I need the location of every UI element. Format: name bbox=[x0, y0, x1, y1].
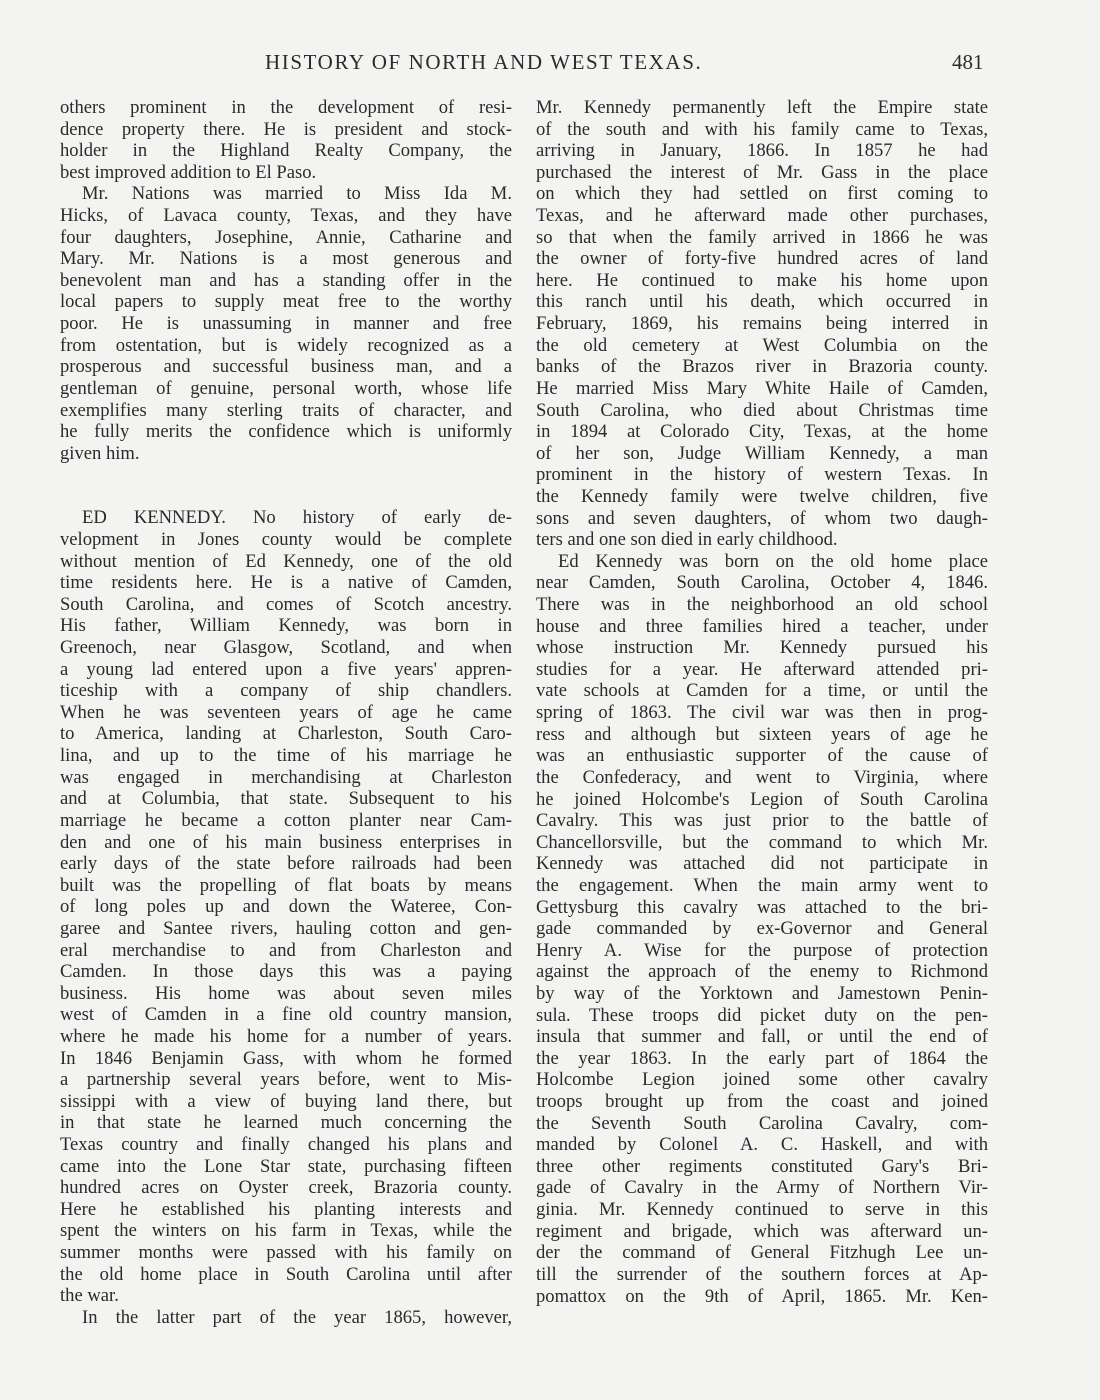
text-line: by way of the Yorktown and Jamestown Pen… bbox=[536, 983, 988, 1005]
text-line: manded by Colonel A. C. Haskell, and wit… bbox=[536, 1134, 988, 1156]
text-line: of the south and with his family came to… bbox=[536, 119, 988, 141]
text-line: In the latter part of the year 1865, how… bbox=[60, 1307, 512, 1329]
text-line: In 1846 Benjamin Gass, with whom he form… bbox=[60, 1048, 512, 1070]
text-line: Mr. Kennedy permanently left the Empire … bbox=[536, 97, 988, 119]
text-line: given him. bbox=[60, 443, 512, 465]
text-line: the war. bbox=[60, 1285, 512, 1307]
text-line: was engaged in merchandising at Charlest… bbox=[60, 767, 512, 789]
text-line: of long poles up and down the Wateree, C… bbox=[60, 896, 512, 918]
text-line: of her son, Judge William Kennedy, a man bbox=[536, 443, 988, 465]
text-line: Ed Kennedy was born on the old home plac… bbox=[536, 551, 988, 573]
text-line: the old home place in South Carolina unt… bbox=[60, 1264, 512, 1286]
text-line: South Carolina, and comes of Scotch ance… bbox=[60, 594, 512, 616]
text-line: came into the Lone Star state, purchasin… bbox=[60, 1156, 512, 1178]
text-line: early days of the state before railroads… bbox=[60, 853, 512, 875]
text-line: ginia. Mr. Kennedy continued to serve in… bbox=[536, 1199, 988, 1221]
text-line: garee and Santee rivers, hauling cotton … bbox=[60, 918, 512, 940]
text-line: gade commanded by ex-Governor and Genera… bbox=[536, 918, 988, 940]
text-line: benevolent man and has a standing offer … bbox=[60, 270, 512, 292]
running-header: HISTORY OF NORTH AND WEST TEXAS. 481 bbox=[0, 50, 1100, 80]
text-line: regiment and brigade, which was afterwar… bbox=[536, 1221, 988, 1243]
text-line: time residents here. He is a native of C… bbox=[60, 572, 512, 594]
text-line: house and three families hired a teacher… bbox=[536, 616, 988, 638]
running-title: HISTORY OF NORTH AND WEST TEXAS. bbox=[265, 50, 702, 75]
text-line: ters and one son died in early childhood… bbox=[536, 529, 988, 551]
text-line: so that when the family arrived in 1866 … bbox=[536, 227, 988, 249]
text-line: gade of Cavalry in the Army of Northern … bbox=[536, 1177, 988, 1199]
text-line: he joined Holcombe's Legion of South Car… bbox=[536, 789, 988, 811]
text-line: banks of the Brazos river in Brazoria co… bbox=[536, 356, 988, 378]
text-line: His father, William Kennedy, was born in bbox=[60, 615, 512, 637]
text-line: was an enthusiastic supporter of the cau… bbox=[536, 745, 988, 767]
text-line: from ostentation, but is widely recogniz… bbox=[60, 335, 512, 357]
text-line: exemplifies many sterling traits of char… bbox=[60, 400, 512, 422]
paragraph-ed-kennedy-intro: ED KENNEDY. No history of early de-velop… bbox=[60, 507, 512, 1307]
text-line: prosperous and successful business man, … bbox=[60, 356, 512, 378]
text-line: sula. These troops did picket duty on th… bbox=[536, 1005, 988, 1027]
text-line: in that state he learned much concerning… bbox=[60, 1112, 512, 1134]
paragraph-nations-property: others prominent in the development of r… bbox=[60, 97, 512, 183]
text-line: the engagement. When the main army went … bbox=[536, 875, 988, 897]
text-line: built was the propelling of flat boats b… bbox=[60, 875, 512, 897]
text-line: summer months were passed with his famil… bbox=[60, 1242, 512, 1264]
text-line: Camden. In those days this was a paying bbox=[60, 961, 512, 983]
text-line: velopment in Jones county would be compl… bbox=[60, 529, 512, 551]
text-line: insula that summer and fall, or until th… bbox=[536, 1026, 988, 1048]
paragraph-move-to-texas: Mr. Kennedy permanently left the Empire … bbox=[536, 97, 988, 551]
text-line: marriage he became a cotton planter near… bbox=[60, 810, 512, 832]
text-line: der the command of General Fitzhugh Lee … bbox=[536, 1242, 988, 1264]
text-line: Kennedy was attached did not participate… bbox=[536, 853, 988, 875]
text-line: ED KENNEDY. No history of early de- bbox=[60, 507, 512, 529]
paragraph-nations-marriage: Mr. Nations was married to Miss Ida M.Hi… bbox=[60, 183, 512, 464]
text-line: he fully merits the confidence which is … bbox=[60, 421, 512, 443]
text-line: a partnership several years before, went… bbox=[60, 1069, 512, 1091]
text-line: whose instruction Mr. Kennedy pursued hi… bbox=[536, 637, 988, 659]
page-number: 481 bbox=[952, 50, 984, 75]
text-line: spent the winters on his farm in Texas, … bbox=[60, 1220, 512, 1242]
text-line: four daughters, Josephine, Annie, Cathar… bbox=[60, 227, 512, 249]
right-column: Mr. Kennedy permanently left the Empire … bbox=[536, 97, 988, 1307]
text-line: There was in the neighborhood an old sch… bbox=[536, 594, 988, 616]
left-column: others prominent in the development of r… bbox=[60, 97, 512, 1329]
text-line: Here he established his planting interes… bbox=[60, 1199, 512, 1221]
text-line: in 1894 at Colorado City, Texas, at the … bbox=[536, 421, 988, 443]
text-line: the owner of forty-five hundred acres of… bbox=[536, 248, 988, 270]
text-line: sons and seven daughters, of whom two da… bbox=[536, 508, 988, 530]
text-line: the Confederacy, and went to Virginia, w… bbox=[536, 767, 988, 789]
text-line: poor. He is unassuming in manner and fre… bbox=[60, 313, 512, 335]
text-line: Cavalry. This was just prior to the batt… bbox=[536, 810, 988, 832]
text-line: holder in the Highland Realty Company, t… bbox=[60, 140, 512, 162]
section-gap bbox=[60, 464, 512, 507]
text-line: near Camden, South Carolina, October 4, … bbox=[536, 572, 988, 594]
text-line: gentleman of genuine, personal worth, wh… bbox=[60, 378, 512, 400]
text-line: without mention of Ed Kennedy, one of th… bbox=[60, 551, 512, 573]
paragraph-ed-kennedy-early-life: Ed Kennedy was born on the old home plac… bbox=[536, 551, 988, 1307]
text-line: three other regiments constituted Gary's… bbox=[536, 1156, 988, 1178]
text-line: here. He continued to make his home upon bbox=[536, 270, 988, 292]
text-line: best improved addition to El Paso. bbox=[60, 162, 512, 184]
text-line: lina, and up to the time of his marriage… bbox=[60, 745, 512, 767]
text-line: Holcombe Legion joined some other cavalr… bbox=[536, 1069, 988, 1091]
text-line: Greenoch, near Glasgow, Scotland, and wh… bbox=[60, 637, 512, 659]
text-line: this ranch until his death, which occurr… bbox=[536, 291, 988, 313]
text-line: business. His home was about seven miles bbox=[60, 983, 512, 1005]
text-line: Mr. Nations was married to Miss Ida M. bbox=[60, 183, 512, 205]
text-line: ticeship with a company of ship chandler… bbox=[60, 680, 512, 702]
text-line: and at Columbia, that state. Subsequent … bbox=[60, 788, 512, 810]
text-line: eral merchandise to and from Charleston … bbox=[60, 940, 512, 962]
text-line: He married Miss Mary White Haile of Camd… bbox=[536, 378, 988, 400]
text-line: on which they had settled on first comin… bbox=[536, 183, 988, 205]
text-line: where he made his home for a number of y… bbox=[60, 1026, 512, 1048]
text-line: the Kennedy family were twelve children,… bbox=[536, 486, 988, 508]
text-line: dence property there. He is president an… bbox=[60, 119, 512, 141]
text-line: a young lad entered upon a five years' a… bbox=[60, 659, 512, 681]
text-line: Chancellorsville, but the command to whi… bbox=[536, 832, 988, 854]
text-line: others prominent in the development of r… bbox=[60, 97, 512, 119]
text-line: hundred acres on Oyster creek, Brazoria … bbox=[60, 1177, 512, 1199]
text-line: purchased the interest of Mr. Gass in th… bbox=[536, 162, 988, 184]
text-line: February, 1869, his remains being interr… bbox=[536, 313, 988, 335]
text-line: vate schools at Camden for a time, or un… bbox=[536, 680, 988, 702]
text-line: South Carolina, who died about Christmas… bbox=[536, 400, 988, 422]
text-line: Texas, and he afterward made other purch… bbox=[536, 205, 988, 227]
text-line: the year 1863. In the early part of 1864… bbox=[536, 1048, 988, 1070]
text-line: pomattox on the 9th of April, 1865. Mr. … bbox=[536, 1286, 988, 1308]
text-line: Gettysburg this cavalry was attached to … bbox=[536, 897, 988, 919]
text-line: the old cemetery at West Columbia on the bbox=[536, 335, 988, 357]
text-line: local papers to supply meat free to the … bbox=[60, 291, 512, 313]
text-line: the Seventh South Carolina Cavalry, com- bbox=[536, 1113, 988, 1135]
text-line: When he was seventeen years of age he ca… bbox=[60, 702, 512, 724]
text-line: troops brought up from the coast and joi… bbox=[536, 1091, 988, 1113]
text-line: ress and although but sixteen years of a… bbox=[536, 724, 988, 746]
text-line: west of Camden in a fine old country man… bbox=[60, 1004, 512, 1026]
text-line: Mary. Mr. Nations is a most generous and bbox=[60, 248, 512, 270]
text-line: studies for a year. He afterward attende… bbox=[536, 659, 988, 681]
text-line: till the surrender of the southern force… bbox=[536, 1264, 988, 1286]
paragraph-latter-1865: In the latter part of the year 1865, how… bbox=[60, 1307, 512, 1329]
text-line: prominent in the history of western Texa… bbox=[536, 464, 988, 486]
text-line: den and one of his main business enterpr… bbox=[60, 832, 512, 854]
text-line: Henry A. Wise for the purpose of protect… bbox=[536, 940, 988, 962]
text-line: Hicks, of Lavaca county, Texas, and they… bbox=[60, 205, 512, 227]
text-line: spring of 1863. The civil war was then i… bbox=[536, 702, 988, 724]
text-line: against the approach of the enemy to Ric… bbox=[536, 961, 988, 983]
text-line: Texas country and finally changed his pl… bbox=[60, 1134, 512, 1156]
text-line: arriving in January, 1866. In 1857 he ha… bbox=[536, 140, 988, 162]
text-line: sissippi with a view of buying land ther… bbox=[60, 1091, 512, 1113]
text-line: to America, landing at Charleston, South… bbox=[60, 723, 512, 745]
